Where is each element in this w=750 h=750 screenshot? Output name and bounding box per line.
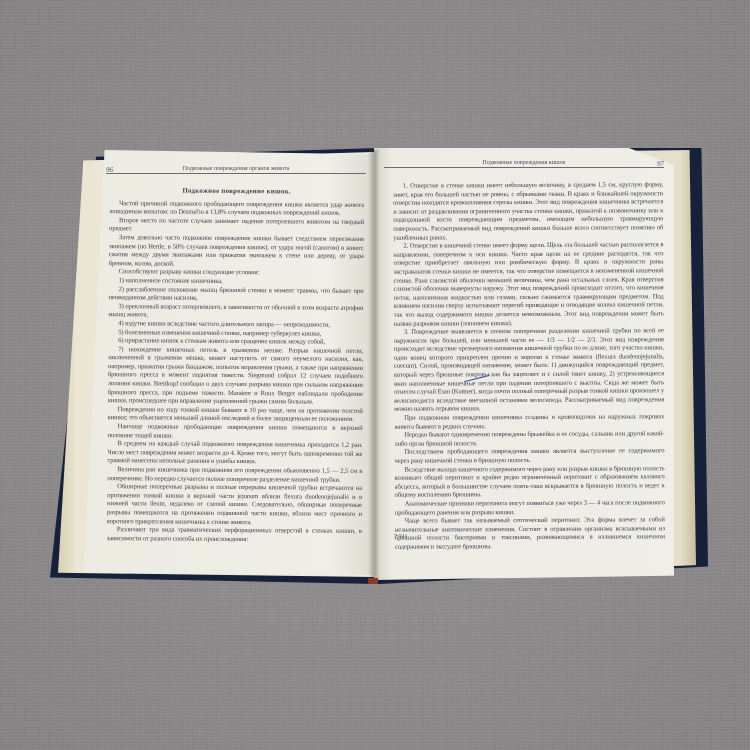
paragraph: При подкожном повреждении кишечника ссад… [394,413,664,432]
running-head-right: 97 Подкожные повреждения кишок [384,160,664,168]
paragraph: Величина ран кишечника при подкожном его… [107,466,362,485]
paragraph: Вследствие выхода кишечного содержимого … [395,465,665,501]
running-head-title: Подкожные повреждения органов живота [106,166,366,172]
paragraph: Анатомические признаки перитонита могут … [395,499,665,518]
printer-signature: 7 941 [394,534,408,540]
right-page: 97 Подкожные повреждения кишок 1. Отверс… [374,148,674,580]
list-item: 7) нахождение кишечных петель в грыжевом… [108,346,363,408]
running-head-title: Подкожные повреждения кишок [384,160,664,166]
paragraph: Частой причиной подкожного прободающего … [109,200,364,219]
paragraph: Различают три вида травматических перфор… [107,526,362,545]
page-number-left: 96 [106,166,113,174]
page-number-right: 97 [657,160,664,168]
paragraph: Наичаще подкожные прободающие повреждени… [107,423,362,442]
list-item: 2) расслабленное положение мышц брюшной … [108,286,363,305]
paragraph: Повреждения по ходу тонкой кишки бывают … [108,406,363,425]
right-page-text: 1. Отверстие в стенке кишки имеет неболь… [393,181,665,552]
paragraph: Чаще всего бывает так называемый септиче… [395,516,665,552]
paragraph: В среднем на каждый случай подкожного по… [107,440,362,468]
list-item: 3) преклонный возраст потерпевшего, в за… [108,303,363,322]
paragraph: Второе место по частоте случаев занимает… [109,217,364,236]
spine-headband [368,578,378,584]
paragraph: 2. Отверстие в кишечной стенке имеет фор… [393,241,663,328]
paragraph: Последствием прободающего повреждения ки… [394,448,664,467]
paragraph: 3. Повреждение выявляется в полном попер… [394,327,664,414]
paragraph: Обширные поперечные разрывы и полные пер… [107,483,362,528]
left-page-text: Подкожное повреждение кишок. Частой прич… [107,187,364,545]
paragraph: Затем довольно часто подкожное поврежден… [109,234,364,270]
paragraph: Нередко бывают одновременно повреждены б… [394,431,664,450]
paragraph: 1. Отверстие в стенке кишки имеет неболь… [393,181,663,243]
book-gutter [368,150,380,580]
section-title: Подкожное повреждение кишок. [109,187,364,197]
left-page: 96 Подкожные повреждения органов живота … [78,150,373,575]
running-head-left: 96 Подкожные повреждения органов живота [106,166,366,174]
